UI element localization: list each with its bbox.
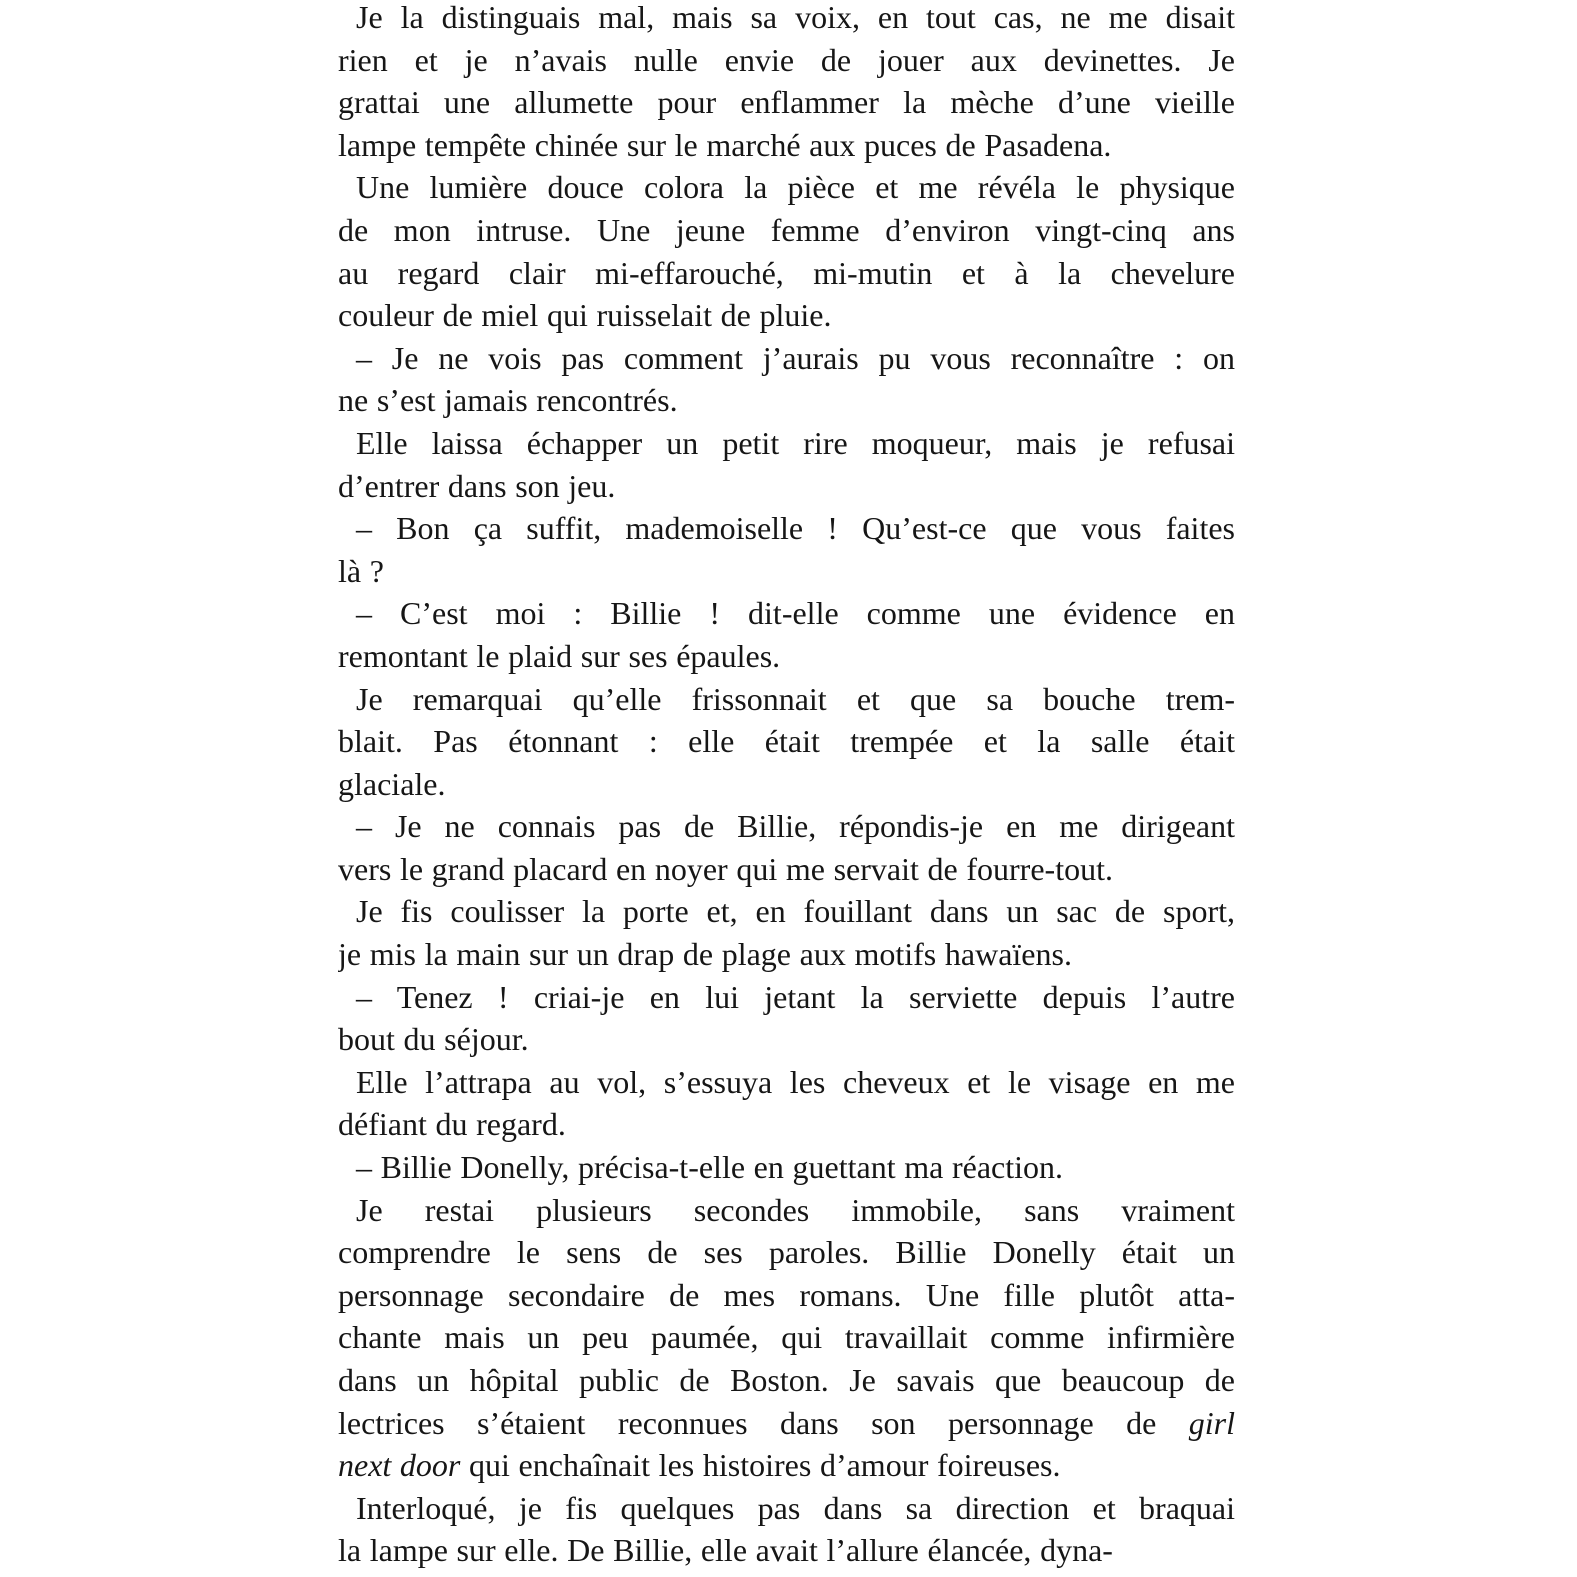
text-line: rien et je n’avais nulle envie de jouer … (338, 39, 1235, 82)
text-segment: qui enchaînait les histoires d’amour foi… (460, 1447, 1060, 1483)
text-line: bout du séjour. (338, 1018, 1235, 1061)
text-line: comprendre le sens de ses paroles. Billi… (338, 1231, 1235, 1274)
text-line: – Je ne connais pas de Billie, répondis-… (338, 805, 1235, 848)
paragraph: – Billie Donelly, précisa-t-elle en guet… (338, 1146, 1235, 1189)
text-segment: Elle l’attrapa au vol, s’essuya les chev… (356, 1064, 1235, 1100)
text-segment: remontant le plaid sur ses épaules. (338, 638, 780, 674)
text-segment: rien et je n’avais nulle envie de jouer … (338, 42, 1235, 78)
text-line: là ? (338, 550, 1235, 593)
text-line: – Tenez ! criai-je en lui jetant la serv… (338, 976, 1235, 1019)
italic-text: girl (1189, 1405, 1235, 1441)
text-line: blait. Pas étonnant : elle était trempée… (338, 720, 1235, 763)
paragraph: Je remarquai qu’elle frissonnait et que … (338, 678, 1235, 806)
book-page: Je la distinguais mal, mais sa voix, en … (0, 0, 1577, 1577)
text-line: Je la distinguais mal, mais sa voix, en … (338, 0, 1235, 39)
text-line: Interloqué, je fis quelques pas dans sa … (338, 1487, 1235, 1530)
text-line: de mon intruse. Une jeune femme d’enviro… (338, 209, 1235, 252)
paragraph: Je restai plusieurs secondes immobile, s… (338, 1189, 1235, 1487)
text-segment: d’entrer dans son jeu. (338, 468, 615, 504)
text-segment: Interloqué, je fis quelques pas dans sa … (356, 1490, 1235, 1526)
text-segment: – Je ne vois pas comment j’aurais pu vou… (356, 340, 1235, 376)
text-segment: blait. Pas étonnant : elle était trempée… (338, 723, 1235, 759)
text-segment: défiant du regard. (338, 1106, 566, 1142)
paragraph: Interloqué, je fis quelques pas dans sa … (338, 1487, 1235, 1572)
text-line: Je fis coulisser la porte et, en fouilla… (338, 890, 1235, 933)
text-line: au regard clair mi-effarouché, mi-mutin … (338, 252, 1235, 295)
text-line: Une lumière douce colora la pièce et me … (338, 166, 1235, 209)
italic-text: next door (338, 1447, 460, 1483)
text-segment: – Bon ça suffit, mademoiselle ! Qu’est-c… (356, 510, 1235, 546)
text-line: remontant le plaid sur ses épaules. (338, 635, 1235, 678)
text-line: grattai une allumette pour enflammer la … (338, 81, 1235, 124)
text-column: Je la distinguais mal, mais sa voix, en … (338, 0, 1235, 1572)
text-segment: – Je ne connais pas de Billie, répondis-… (356, 808, 1235, 844)
text-segment: je mis la main sur un drap de plage aux … (338, 936, 1072, 972)
text-segment: de mon intruse. Une jeune femme d’enviro… (338, 212, 1235, 248)
text-segment: vers le grand placard en noyer qui me se… (338, 851, 1113, 887)
text-segment: Je remarquai qu’elle frissonnait et que … (356, 681, 1235, 717)
paragraph: – Tenez ! criai-je en lui jetant la serv… (338, 976, 1235, 1061)
text-line: – Billie Donelly, précisa-t-elle en guet… (338, 1146, 1235, 1189)
text-segment: Une lumière douce colora la pièce et me … (356, 169, 1235, 205)
paragraph: – Je ne connais pas de Billie, répondis-… (338, 805, 1235, 890)
text-segment: Je la distinguais mal, mais sa voix, en … (356, 0, 1235, 35)
text-line: lectrices s’étaient reconnues dans son p… (338, 1402, 1235, 1445)
text-segment: – Tenez ! criai-je en lui jetant la serv… (356, 979, 1235, 1015)
text-segment: ne s’est jamais rencontrés. (338, 382, 678, 418)
text-line: – Bon ça suffit, mademoiselle ! Qu’est-c… (338, 507, 1235, 550)
text-line: – Je ne vois pas comment j’aurais pu vou… (338, 337, 1235, 380)
paragraph: Elle laissa échapper un petit rire moque… (338, 422, 1235, 507)
text-line: d’entrer dans son jeu. (338, 465, 1235, 508)
text-segment: comprendre le sens de ses paroles. Billi… (338, 1234, 1235, 1270)
text-line: lampe tempête chinée sur le marché aux p… (338, 124, 1235, 167)
text-line: Je remarquai qu’elle frissonnait et que … (338, 678, 1235, 721)
text-segment: glaciale. (338, 766, 445, 802)
text-segment: Je fis coulisser la porte et, en fouilla… (356, 893, 1235, 929)
text-segment: lectrices s’étaient reconnues dans son p… (338, 1405, 1189, 1441)
paragraph: Je la distinguais mal, mais sa voix, en … (338, 0, 1235, 166)
text-line: défiant du regard. (338, 1103, 1235, 1146)
text-line: la lampe sur elle. De Billie, elle avait… (338, 1529, 1235, 1572)
text-segment: chante mais un peu paumée, qui travailla… (338, 1319, 1235, 1355)
text-line: dans un hôpital public de Boston. Je sav… (338, 1359, 1235, 1402)
text-line: ne s’est jamais rencontrés. (338, 379, 1235, 422)
text-line: – C’est moi : Billie ! dit-elle comme un… (338, 592, 1235, 635)
text-line: chante mais un peu paumée, qui travailla… (338, 1316, 1235, 1359)
text-line: Elle laissa échapper un petit rire moque… (338, 422, 1235, 465)
text-line: vers le grand placard en noyer qui me se… (338, 848, 1235, 891)
text-segment: personnage secondaire de mes romans. Une… (338, 1277, 1235, 1313)
paragraph: – Je ne vois pas comment j’aurais pu vou… (338, 337, 1235, 422)
paragraph: Une lumière douce colora la pièce et me … (338, 166, 1235, 336)
text-segment: dans un hôpital public de Boston. Je sav… (338, 1362, 1235, 1398)
paragraph: Elle l’attrapa au vol, s’essuya les chev… (338, 1061, 1235, 1146)
text-segment: – Billie Donelly, précisa-t-elle en guet… (356, 1149, 1063, 1185)
text-line: next door qui enchaînait les histoires d… (338, 1444, 1235, 1487)
text-line: Elle l’attrapa au vol, s’essuya les chev… (338, 1061, 1235, 1104)
text-segment: au regard clair mi-effarouché, mi-mutin … (338, 255, 1235, 291)
text-line: je mis la main sur un drap de plage aux … (338, 933, 1235, 976)
text-segment: Elle laissa échapper un petit rire moque… (356, 425, 1235, 461)
paragraph: – C’est moi : Billie ! dit-elle comme un… (338, 592, 1235, 677)
paragraph: – Bon ça suffit, mademoiselle ! Qu’est-c… (338, 507, 1235, 592)
text-segment: couleur de miel qui ruisselait de pluie. (338, 297, 831, 333)
text-line: glaciale. (338, 763, 1235, 806)
text-line: couleur de miel qui ruisselait de pluie. (338, 294, 1235, 337)
text-segment: lampe tempête chinée sur le marché aux p… (338, 127, 1111, 163)
text-segment: Je restai plusieurs secondes immobile, s… (356, 1192, 1235, 1228)
text-line: personnage secondaire de mes romans. Une… (338, 1274, 1235, 1317)
text-segment: – C’est moi : Billie ! dit-elle comme un… (356, 595, 1235, 631)
text-line: Je restai plusieurs secondes immobile, s… (338, 1189, 1235, 1232)
paragraph: Je fis coulisser la porte et, en fouilla… (338, 890, 1235, 975)
text-segment: là ? (338, 553, 384, 589)
text-segment: la lampe sur elle. De Billie, elle avait… (338, 1532, 1113, 1568)
text-segment: bout du séjour. (338, 1021, 529, 1057)
text-segment: grattai une allumette pour enflammer la … (338, 84, 1235, 120)
